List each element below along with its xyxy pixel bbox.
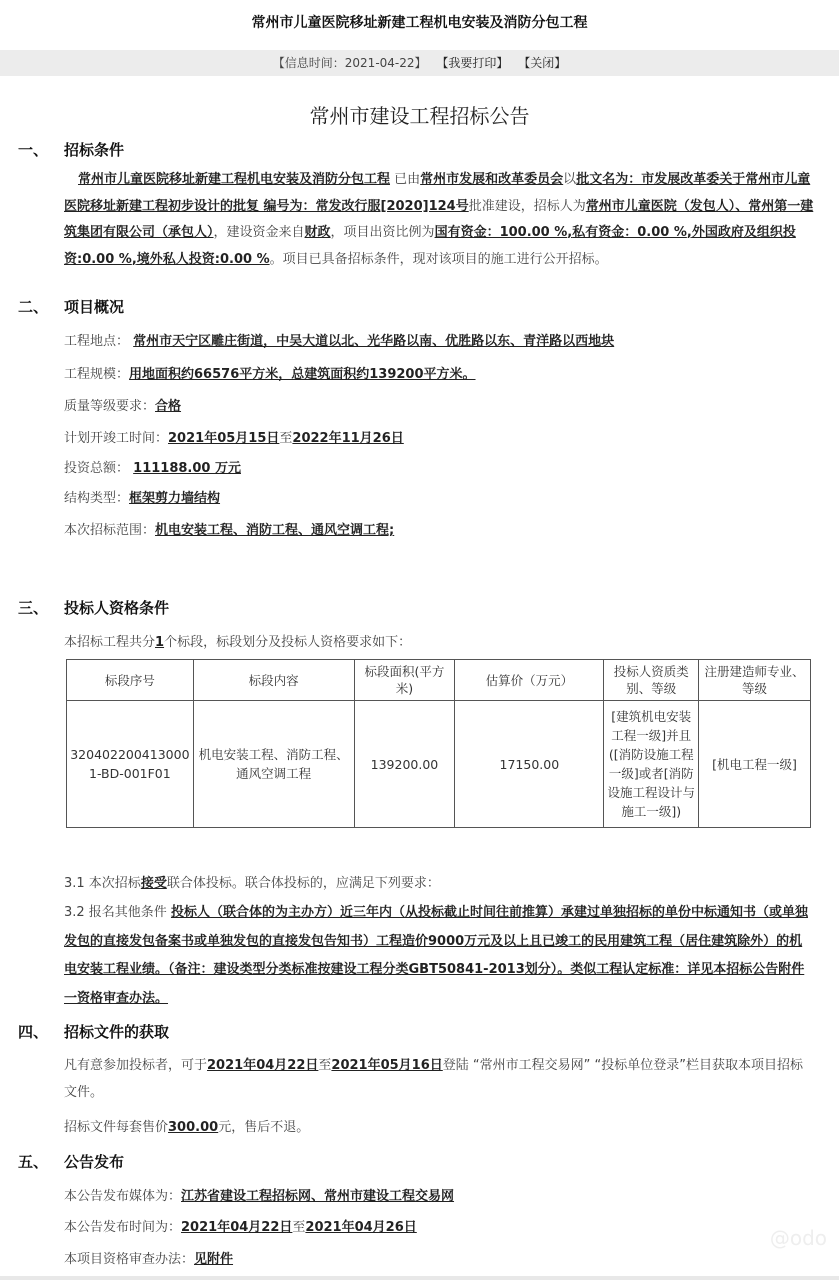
bottom-divider: [0, 1276, 839, 1280]
field-label: 工程地点：: [64, 334, 129, 349]
col-header-area: 标段面积(平方米): [354, 660, 455, 701]
start-date: 2021年04月22日: [181, 1220, 292, 1235]
section-number: 一、: [18, 139, 64, 160]
print-link[interactable]: 【我要打印】: [436, 56, 508, 70]
field-label: 结构类型：: [64, 491, 129, 506]
field-label: 质量等级要求：: [64, 399, 155, 414]
col-header-content: 标段内容: [193, 660, 354, 701]
text: 已由: [390, 172, 420, 187]
field-label: 本项目资格审查办法：: [64, 1252, 194, 1267]
info-bar: 【信息时间：2021-04-22】 【我要打印】 【关闭】: [0, 50, 839, 76]
documents-paragraph: 凡有意参加投标者，可于2021年04月22日至2021年05月16日登陆 “常州…: [64, 1053, 814, 1106]
text: 至: [318, 1058, 331, 1073]
start-date: 2021年04月22日: [207, 1058, 318, 1073]
field-scale: 工程规模：用地面积约66576平方米，总建筑面积约139200平方米。: [64, 363, 476, 382]
fund-source: 财政: [305, 225, 331, 240]
col-header-estimate: 估算价（万元）: [455, 660, 604, 701]
ratio-foreign-private: 境外私人投资:0.00 %: [137, 252, 270, 267]
field-value: 合格: [155, 399, 181, 414]
text: 本招标工程共分: [64, 635, 155, 650]
section-title: 项目概况: [64, 298, 124, 316]
accept-flag: 接受: [141, 876, 167, 891]
attachment-link[interactable]: 见附件: [194, 1252, 233, 1267]
text: 凡有意参加投标者，可于: [64, 1058, 207, 1073]
field-label: 计划开竣工时间：: [64, 431, 168, 446]
clause-3-2: 3.2 报名其他条件 投标人（联合体的为主办方）近三年内（从投标截止时间往前推算…: [64, 899, 814, 1013]
text: ，项目出资比例为: [331, 225, 435, 240]
sections-count: 1: [155, 635, 164, 650]
other-requirements: 投标人（联合体的为主办方）近三年内（从投标截止时间往前推算）承建过单独招标的单份…: [64, 905, 808, 1006]
text: 元，售后不退。: [218, 1120, 309, 1135]
field-label: 投资总额：: [64, 461, 129, 476]
field-schedule: 计划开竣工时间：2021年05月15日至2022年11月26日: [64, 427, 404, 446]
text: 联合体投标。联合体投标的，应满足下列要求：: [167, 876, 440, 891]
field-value: 111188.00 万元: [133, 461, 241, 476]
end-date: 2021年05月16日: [331, 1058, 442, 1073]
text: 3.2 报名其他条件: [64, 905, 171, 920]
field-value: 江苏省建设工程招标网、常州市建设工程交易网: [181, 1189, 454, 1204]
cell-qualification: [建筑机电安装工程一级]并且([消防设施工程一级]或者[消防设施工程设计与施工一…: [604, 701, 699, 828]
section-title: 招标文件的获取: [64, 1023, 169, 1041]
publish-media: 本公告发布媒体为：江苏省建设工程招标网、常州市建设工程交易网: [64, 1185, 454, 1204]
text: 。项目已具备招标条件，现对该项目的施工进行公开招标。: [270, 252, 608, 267]
col-header-engineer: 注册建造师专业、等级: [699, 660, 811, 701]
field-location: 工程地点： 常州市天宁区雕庄街道，中吴大道以北、光华路以南、优胜路以东、青洋路以…: [64, 330, 614, 349]
cell-content: 机电安装工程、消防工程、通风空调工程: [193, 701, 354, 828]
field-quality: 质量等级要求：合格: [64, 395, 181, 414]
clause-3-1: 3.1 本次招标接受联合体投标。联合体投标的，应满足下列要求：: [64, 872, 440, 891]
field-structure: 结构类型：框架剪力墙结构: [64, 487, 220, 506]
field-value: 框架剪力墙结构: [129, 491, 220, 506]
section-title: 公告发布: [64, 1153, 124, 1171]
close-link[interactable]: 【关闭】: [518, 56, 566, 70]
section-number: 二、: [18, 296, 64, 317]
field-label: 本次招标范围：: [64, 523, 155, 538]
end-date: 2022年11月26日: [292, 431, 403, 446]
field-value: 机电安装工程、消防工程、通风空调工程;: [155, 523, 394, 538]
section-heading-5: 五、公告发布: [18, 1151, 124, 1172]
text: ，建设资金来自: [214, 225, 305, 240]
col-header-qualification: 投标人资质类别、等级: [604, 660, 699, 701]
info-time: 【信息时间：2021-04-22】: [273, 56, 427, 70]
review-method: 本项目资格审查办法：见附件: [64, 1248, 233, 1267]
text: 至: [279, 431, 292, 446]
text: 至: [292, 1220, 305, 1235]
cell-area: 139200.00: [354, 701, 455, 828]
section-heading-4: 四、招标文件的获取: [18, 1021, 169, 1042]
publish-time: 本公告发布时间为：2021年04月22日至2021年04月26日: [64, 1216, 417, 1235]
cell-engineer: [机电工程一级]: [699, 701, 811, 828]
bid-sections-table: 标段序号 标段内容 标段面积(平方米) 估算价（万元） 投标人资质类别、等级 注…: [66, 659, 811, 828]
text: 个标段，标段划分及投标人资格要求如下：: [164, 635, 411, 650]
documents-price: 招标文件每套售价300.00元，售后不退。: [64, 1116, 309, 1135]
text: 以: [563, 172, 576, 187]
section-number: 五、: [18, 1151, 64, 1172]
field-investment: 投资总额： 111188.00 万元: [64, 457, 241, 476]
text: 招标文件每套售价: [64, 1120, 168, 1135]
section-heading-2: 二、项目概况: [18, 296, 124, 317]
field-value: 用地面积约66576平方米，总建筑面积约139200平方米。: [129, 367, 476, 382]
text: 批准建设，招标人为: [469, 199, 586, 214]
project-name: 常州市儿童医院移址新建工程机电安装及消防分包工程: [78, 172, 390, 187]
section-number: 四、: [18, 1021, 64, 1042]
qualification-intro: 本招标工程共分1个标段，标段划分及投标人资格要求如下：: [64, 631, 411, 650]
field-label: 本公告发布媒体为：: [64, 1189, 181, 1204]
end-date: 2021年04月26日: [305, 1220, 416, 1235]
table-row: 3204022004130001-BD-001F01 机电安装工程、消防工程、通…: [67, 701, 811, 828]
field-value: 常州市天宁区雕庄街道，中吴大道以北、光华路以南、优胜路以东、青洋路以西地块: [133, 334, 614, 349]
cell-section-no: 3204022004130001-BD-001F01: [67, 701, 194, 828]
price: 300.00: [168, 1120, 218, 1135]
field-label: 本公告发布时间为：: [64, 1220, 181, 1235]
field-scope: 本次招标范围：机电安装工程、消防工程、通风空调工程;: [64, 519, 394, 538]
watermark: @odo: [770, 1226, 827, 1250]
section-title: 招标条件: [64, 141, 124, 159]
table-header-row: 标段序号 标段内容 标段面积(平方米) 估算价（万元） 投标人资质类别、等级 注…: [67, 660, 811, 701]
col-header-section-no: 标段序号: [67, 660, 194, 701]
text: 3.1 本次招标: [64, 876, 141, 891]
section-heading-1: 一、招标条件: [18, 139, 124, 160]
page-title: 常州市儿童医院移址新建工程机电安装及消防分包工程: [0, 12, 839, 32]
section-number: 三、: [18, 597, 64, 618]
ratio-private: 私有资金：0.00 %: [572, 225, 687, 240]
notice-title: 常州市建设工程招标公告: [0, 100, 839, 129]
approver: 常州市发展和改革委员会: [420, 172, 563, 187]
tender-conditions-paragraph: 常州市儿童医院移址新建工程机电安装及消防分包工程 已由常州市发展和改革委员会以批…: [64, 167, 814, 273]
cell-estimate: 17150.00: [455, 701, 604, 828]
field-label: 工程规模：: [64, 367, 129, 382]
start-date: 2021年05月15日: [168, 431, 279, 446]
section-title: 投标人资格条件: [64, 599, 169, 617]
ratio-state: 国有资金：100.00 %: [435, 225, 568, 240]
section-heading-3: 三、投标人资格条件: [18, 597, 169, 618]
